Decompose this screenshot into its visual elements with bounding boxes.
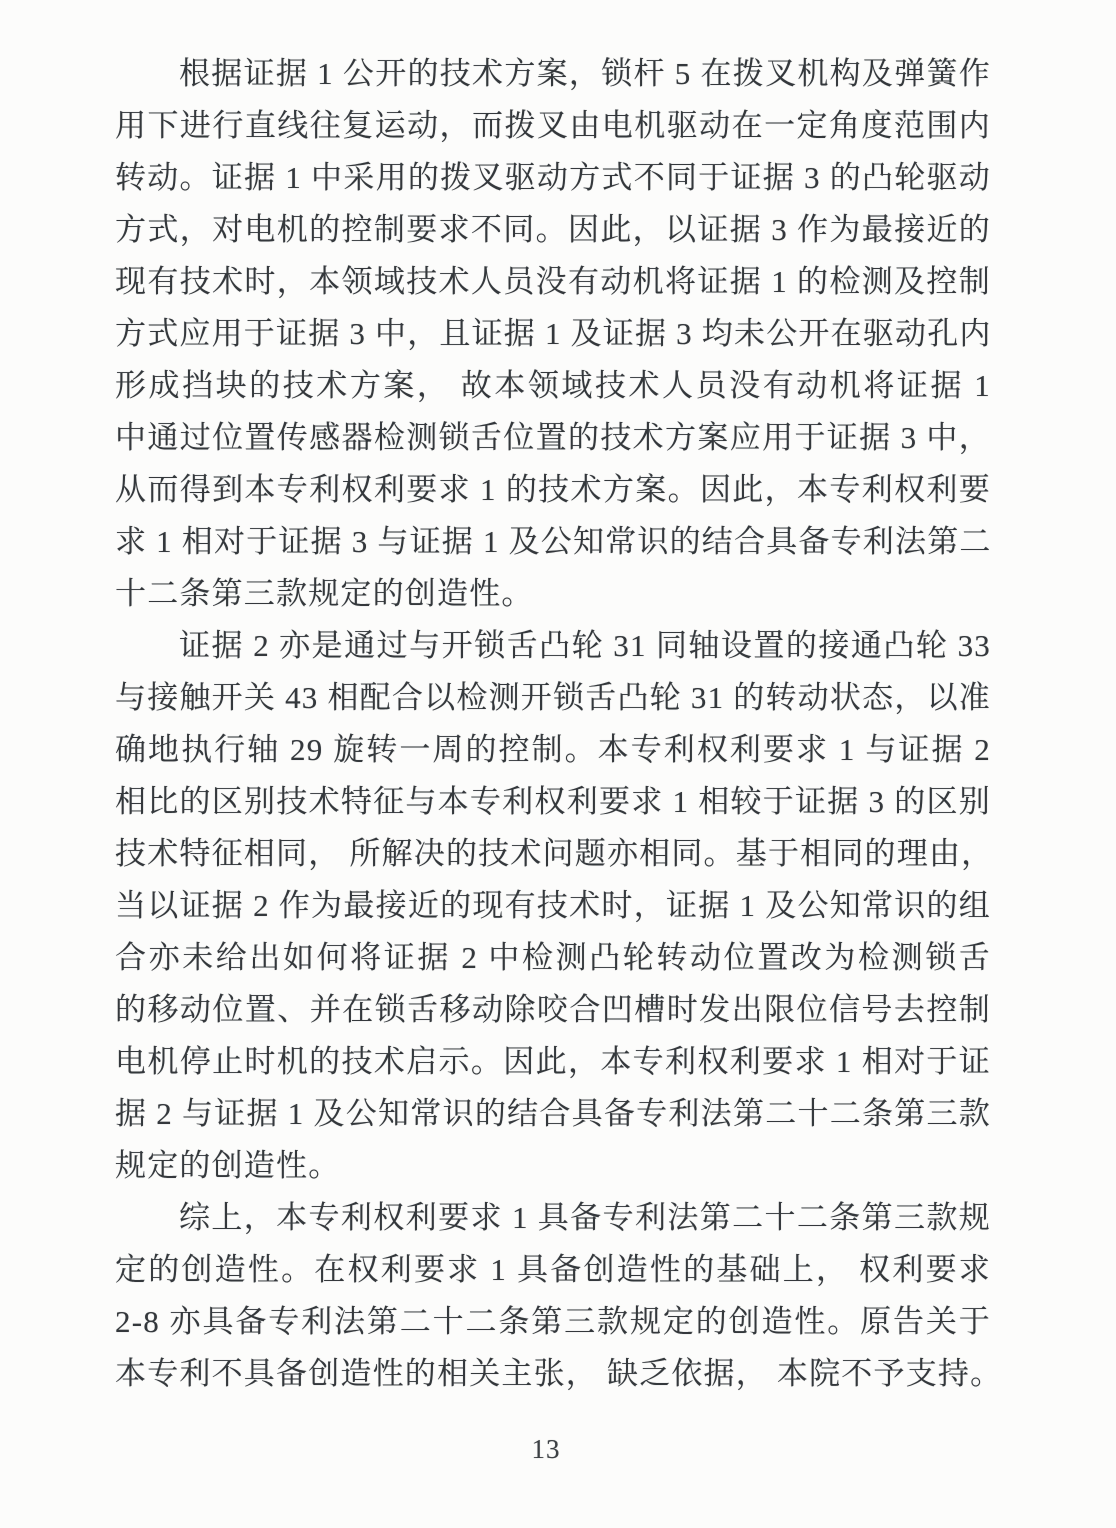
text-line: 据 2 与证据 1 及公知常识的结合具备专利法第二十二条第三款	[115, 1088, 991, 1140]
text-line: 十二条第三款规定的创造性。	[115, 568, 991, 620]
text-line: 相比的区别技术特征与本专利权利要求 1 相较于证据 3 的区别	[115, 776, 991, 828]
text-line: 方式应用于证据 3 中，且证据 1 及证据 3 均未公开在驱动孔内	[115, 308, 991, 360]
text-line: 确地执行轴 29 旋转一周的控制。本专利权利要求 1 与证据 2	[115, 724, 991, 776]
text-line: 中通过位置传感器检测锁舌位置的技术方案应用于证据 3 中，	[115, 412, 991, 464]
text-line: 当以证据 2 作为最接近的现有技术时，证据 1 及公知常识的组	[115, 880, 991, 932]
text-line: 现有技术时，本领域技术人员没有动机将证据 1 的检测及控制	[115, 256, 991, 308]
text-line: 定的创造性。在权利要求 1 具备创造性的基础上， 权利要求	[115, 1244, 991, 1296]
text-line: 的移动位置、并在锁舌移动除咬合凹槽时发出限位信号去控制	[115, 984, 991, 1036]
text-line: 规定的创造性。	[115, 1140, 991, 1192]
page-number: 13	[0, 1434, 1092, 1465]
text-line: 综上，本专利权利要求 1 具备专利法第二十二条第三款规	[115, 1192, 991, 1244]
text-line: 用下进行直线往复运动，而拨叉由电机驱动在一定角度范围内	[115, 100, 991, 152]
text-line: 本专利不具备创造性的相关主张， 缺乏依据， 本院不予支持。	[115, 1348, 991, 1400]
text-line: 技术特征相同， 所解决的技术问题亦相同。基于相同的理由，	[115, 828, 991, 880]
document-body: 根据证据 1 公开的技术方案，锁杆 5 在拨叉机构及弹簧作用下进行直线往复运动，…	[115, 48, 991, 1400]
text-line: 与接触开关 43 相配合以检测开锁舌凸轮 31 的转动状态，以准	[115, 672, 991, 724]
text-line: 电机停止时机的技术启示。因此，本专利权利要求 1 相对于证	[115, 1036, 991, 1088]
text-line: 形成挡块的技术方案， 故本领域技术人员没有动机将证据 1	[115, 360, 991, 412]
text-line: 方式，对电机的控制要求不同。因此，以证据 3 作为最接近的	[115, 204, 991, 256]
text-line: 根据证据 1 公开的技术方案，锁杆 5 在拨叉机构及弹簧作	[115, 48, 991, 100]
text-line: 合亦未给出如何将证据 2 中检测凸轮转动位置改为检测锁舌	[115, 932, 991, 984]
text-line: 2-8 亦具备专利法第二十二条第三款规定的创造性。原告关于	[115, 1296, 991, 1348]
text-line: 从而得到本专利权利要求 1 的技术方案。因此，本专利权利要	[115, 464, 991, 516]
text-line: 证据 2 亦是通过与开锁舌凸轮 31 同轴设置的接通凸轮 33	[115, 620, 991, 672]
text-line: 求 1 相对于证据 3 与证据 1 及公知常识的结合具备专利法第二	[115, 516, 991, 568]
text-line: 转动。证据 1 中采用的拨叉驱动方式不同于证据 3 的凸轮驱动	[115, 152, 991, 204]
document-page: 根据证据 1 公开的技术方案，锁杆 5 在拨叉机构及弹簧作用下进行直线往复运动，…	[0, 0, 1116, 1528]
